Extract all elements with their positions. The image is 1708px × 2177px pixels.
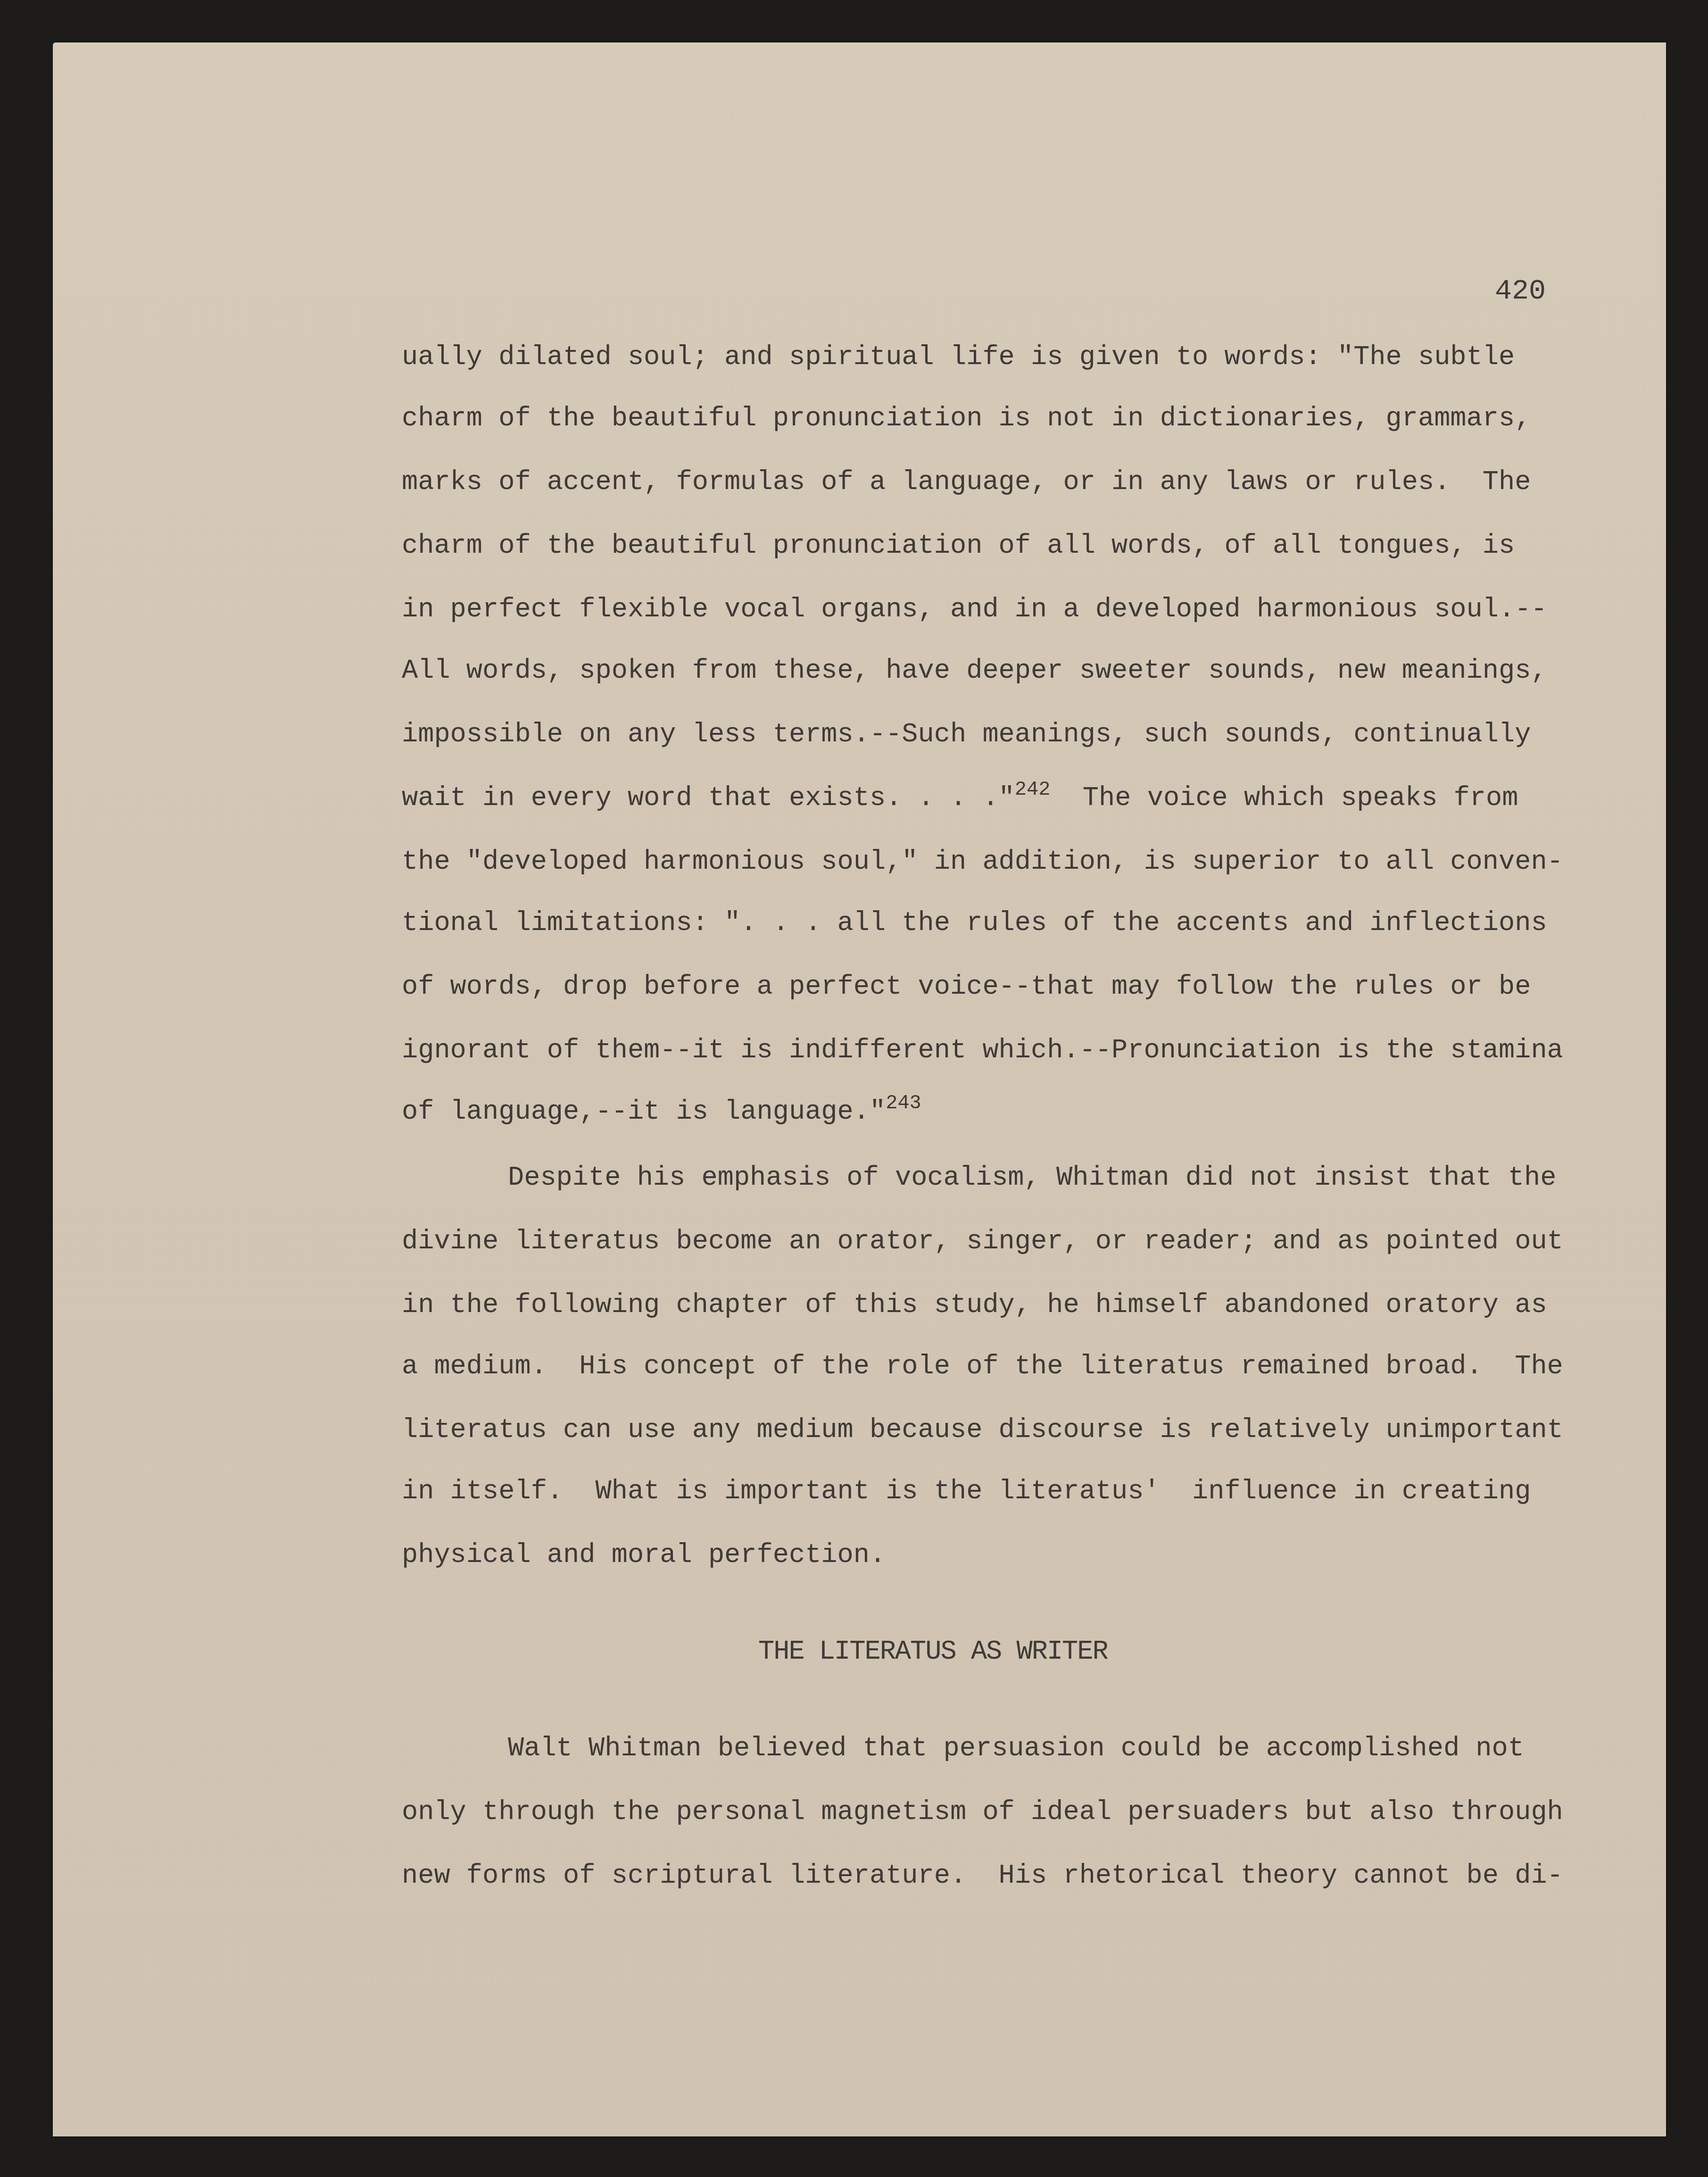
text-line: Walt Whitman believed that persuasion co… [508, 1736, 1524, 1762]
text-line: a medium. His concept of the role of the… [402, 1354, 1563, 1380]
text-line: impossible on any less terms.--Such mean… [402, 722, 1531, 748]
text-line: charm of the beautiful pronunciation of … [402, 533, 1515, 560]
text-line: All words, spoken from these, have deepe… [402, 658, 1547, 685]
text-line: of words, drop before a perfect voice--t… [402, 974, 1531, 1001]
text-line: the "developed harmonious soul," in addi… [402, 849, 1563, 876]
text-fragment: The voice which speaks from [1050, 783, 1518, 814]
text-line: of language,--it is language."243 [402, 1099, 921, 1126]
text-line: new forms of scriptural literature. His … [402, 1863, 1563, 1890]
text-line: physical and moral perfection. [402, 1542, 886, 1569]
text-line: in the following chapter of this study, … [402, 1292, 1547, 1319]
text-line: tional limitations: ". . . all the rules… [402, 910, 1547, 937]
typescript-page: 420 ually dilated soul; and spiritual li… [53, 42, 1666, 2136]
text-line: wait in every word that exists. . . ."24… [402, 785, 1518, 812]
text-line: divine literatus become an orator, singe… [402, 1229, 1563, 1255]
footnote-marker-242: 242 [1015, 778, 1051, 801]
text-line: only through the personal magnetism of i… [402, 1799, 1563, 1826]
text-line: in itself. What is important is the lite… [402, 1479, 1531, 1505]
text-line: literatus can use any medium because dis… [402, 1417, 1563, 1444]
text-line: ually dilated soul; and spiritual life i… [402, 344, 1515, 371]
text-line: in perfect flexible vocal organs, and in… [402, 597, 1547, 623]
text-fragment: wait in every word that exists. . . ." [402, 783, 1015, 814]
page-number: 420 [1495, 278, 1546, 305]
text-line: charm of the beautiful pronunciation is … [402, 406, 1531, 432]
text-line: marks of accent, formulas of a language,… [402, 469, 1531, 496]
text-line: Despite his emphasis of vocalism, Whitma… [508, 1165, 1556, 1192]
footnote-marker-243: 243 [886, 1092, 921, 1114]
text-fragment: of language,--it is language." [402, 1097, 886, 1127]
text-line: ignorant of them--it is indifferent whic… [402, 1038, 1563, 1064]
section-heading: THE LITERATUS AS WRITER [758, 1639, 1108, 1666]
